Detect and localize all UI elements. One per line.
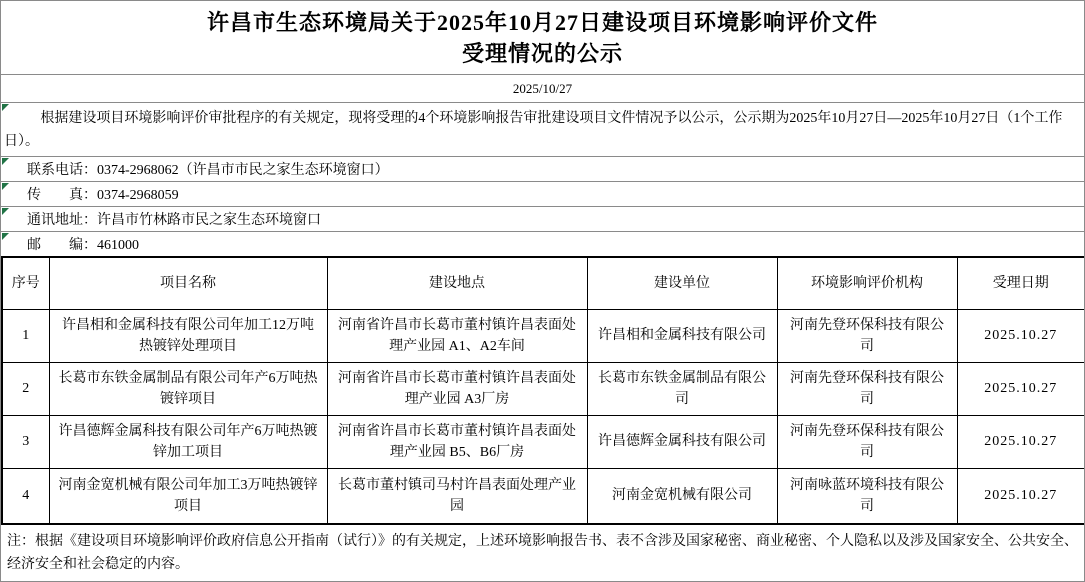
corner-flag-icon [2,104,9,111]
header-seq: 序号 [2,257,49,309]
cell-construction-unit: 长葛市东铁金属制品有限公司 [587,362,777,415]
cell-eia-agency: 河南先登环保科技有限公司 [777,415,957,468]
cell-location: 河南省许昌市长葛市董村镇许昌表面处理产业园 B5、B6厂房 [327,415,587,468]
intro-row: 根据建设项目环境影响评价审批程序的有关规定，现将受理的4个环境影响报告审批建设项… [1,102,1084,156]
contact-fax-row: 传 真：0374-2968059 [1,181,1084,206]
intro-paragraph: 根据建设项目环境影响评价审批程序的有关规定，现将受理的4个环境影响报告审批建设项… [4,107,1080,153]
table-row: 1 许昌相和金属科技有限公司年加工12万吨热镀锌处理项目 河南省许昌市长葛市董村… [2,309,1085,362]
header-project-name: 项目名称 [49,257,327,309]
corner-flag-icon [2,233,9,240]
corner-flag-icon [2,183,9,190]
cell-eia-agency: 河南先登环保科技有限公司 [777,362,957,415]
contact-zipcode-row: 邮 编：461000 [1,231,1084,256]
table-row: 2 长葛市东铁金属制品有限公司年产6万吨热镀锌项目 河南省许昌市长葛市董村镇许昌… [2,362,1085,415]
page-title-line2: 受理情况的公示 [462,38,623,69]
cell-construction-unit: 许昌相和金属科技有限公司 [587,309,777,362]
notice-document: 许昌市生态环境局关于2025年10月27日建设项目环境影响评价文件 受理情况的公… [0,0,1085,582]
cell-seq: 3 [2,415,49,468]
header-construction-unit: 建设单位 [587,257,777,309]
corner-flag-icon [2,208,9,215]
page-title-line1: 许昌市生态环境局关于2025年10月27日建设项目环境影响评价文件 [207,7,878,38]
cell-location: 河南省许昌市长葛市董村镇许昌表面处理产业园 A3厂房 [327,362,587,415]
cell-seq: 1 [2,309,49,362]
cell-construction-unit: 河南金宽机械有限公司 [587,468,777,524]
cell-location: 长葛市董村镇司马村许昌表面处理产业园 [327,468,587,524]
contact-address: 通讯地址：许昌市竹林路市民之家生态环境窗口 [27,209,321,229]
cell-eia-agency: 河南咏蓝环境科技有限公司 [777,468,957,524]
contact-fax: 传 真：0374-2968059 [27,184,179,204]
cell-project-name: 许昌德辉金属科技有限公司年产6万吨热镀锌加工项目 [49,415,327,468]
footnote-text: 注：根据《建设项目环境影响评价政府信息公开指南（试行）》的有关规定，上述环境影响… [7,530,1078,576]
corner-flag-icon [2,158,9,165]
header-accept-date: 受理日期 [957,257,1085,309]
footnote: 注：根据《建设项目环境影响评价政府信息公开指南（试行）》的有关规定，上述环境影响… [1,525,1084,582]
contact-zipcode: 邮 编：461000 [27,234,139,254]
cell-project-name: 河南金宽机械有限公司年加工3万吨热镀锌项目 [49,468,327,524]
cell-eia-agency: 河南先登环保科技有限公司 [777,309,957,362]
cell-accept-date: 2025.10.27 [957,309,1085,362]
cell-accept-date: 2025.10.27 [957,415,1085,468]
header-location: 建设地点 [327,257,587,309]
contact-address-row: 通讯地址：许昌市竹林路市民之家生态环境窗口 [1,206,1084,231]
contact-phone-row: 联系电话：0374-2968062（许昌市市民之家生态环境窗口） [1,156,1084,181]
notice-table: 序号 项目名称 建设地点 建设单位 环境影响评价机构 受理日期 1 许昌相和金属… [1,256,1085,525]
table-header-row: 序号 项目名称 建设地点 建设单位 环境影响评价机构 受理日期 [2,257,1085,309]
table-row: 3 许昌德辉金属科技有限公司年产6万吨热镀锌加工项目 河南省许昌市长葛市董村镇许… [2,415,1085,468]
table-row: 4 河南金宽机械有限公司年加工3万吨热镀锌项目 长葛市董村镇司马村许昌表面处理产… [2,468,1085,524]
cell-construction-unit: 许昌德辉金属科技有限公司 [587,415,777,468]
publish-date: 2025/10/27 [513,81,572,97]
page-title: 许昌市生态环境局关于2025年10月27日建设项目环境影响评价文件 受理情况的公… [1,1,1084,74]
cell-accept-date: 2025.10.27 [957,468,1085,524]
cell-project-name: 许昌相和金属科技有限公司年加工12万吨热镀锌处理项目 [49,309,327,362]
cell-seq: 2 [2,362,49,415]
cell-seq: 4 [2,468,49,524]
cell-accept-date: 2025.10.27 [957,362,1085,415]
cell-location: 河南省许昌市长葛市董村镇许昌表面处理产业园 A1、A2车间 [327,309,587,362]
publish-date-row: 2025/10/27 [1,74,1084,102]
contact-phone: 联系电话：0374-2968062（许昌市市民之家生态环境窗口） [27,159,389,179]
cell-project-name: 长葛市东铁金属制品有限公司年产6万吨热镀锌项目 [49,362,327,415]
header-eia-agency: 环境影响评价机构 [777,257,957,309]
